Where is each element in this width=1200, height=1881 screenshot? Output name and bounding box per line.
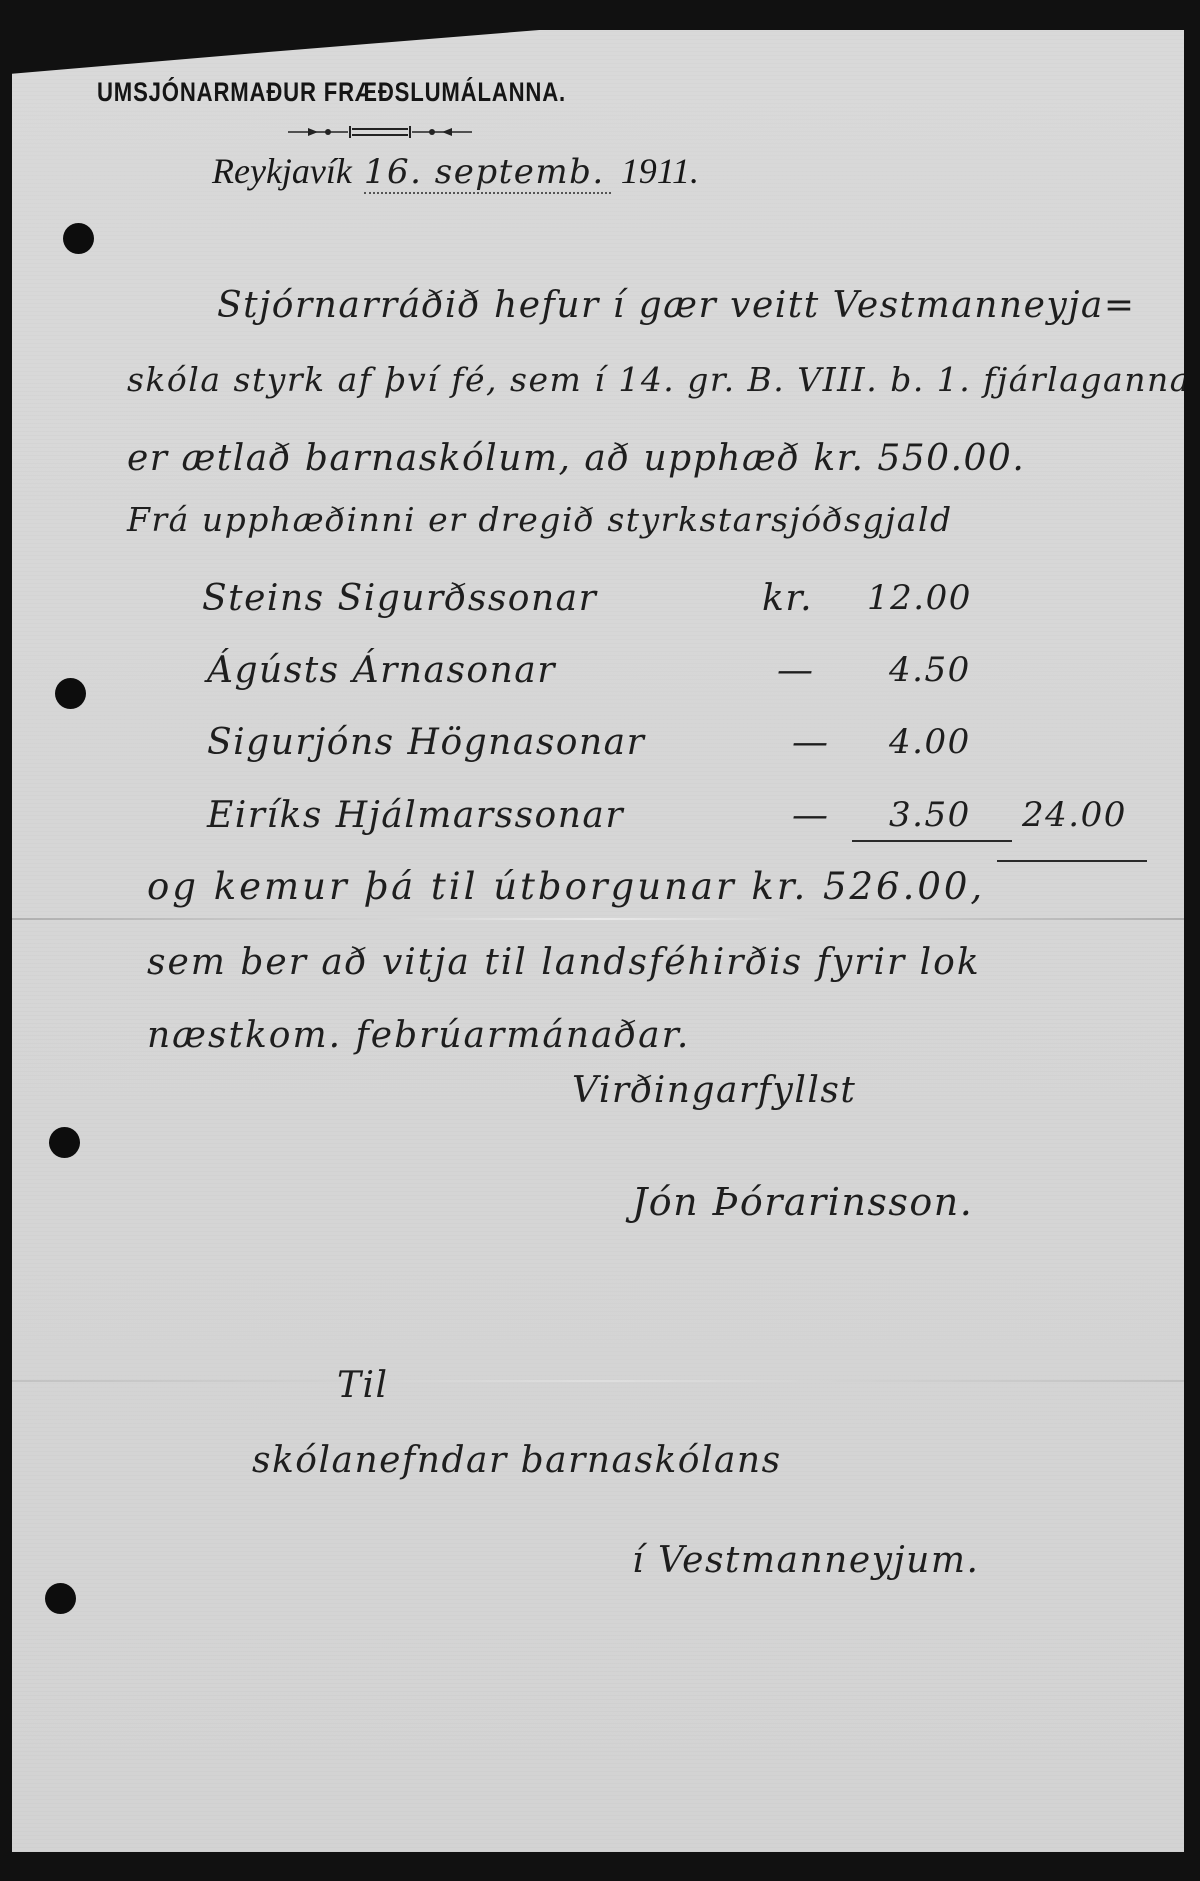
continuation-line: og kemur þá til útborgunar kr. 526.00,: [147, 865, 985, 908]
deduction-name: Eiríks Hjálmarssonar: [207, 795, 624, 836]
fold-line: [12, 918, 1184, 920]
date-place: Reykjavík: [212, 151, 352, 191]
addressee-location: í Vestmanneyjum.: [632, 1540, 979, 1581]
deduction-amount: 3.50: [889, 795, 971, 835]
body-line: Stjórnarráðið hefur í gær veitt Vestmann…: [217, 285, 1136, 326]
continuation-line: næstkom. febrúarmánaðar.: [147, 1015, 690, 1056]
deduction-name: Steins Sigurðssonar: [202, 578, 597, 619]
fold-line: [12, 1380, 1184, 1382]
deduction-prefix: kr.: [762, 578, 813, 619]
body-line: skóla styrk af því fé, sem í 14. gr. B. …: [127, 360, 1191, 399]
punch-hole: [45, 1583, 76, 1614]
deduction-prefix: —: [777, 650, 815, 691]
date-day-month: 16. septemb.: [364, 152, 611, 194]
body-line: er ætlað barnaskólum, að upphæð kr. 550.…: [127, 438, 1025, 479]
letterhead-title: UMSJÓNARMAÐUR FRÆÐSLUMÁLANNA.: [97, 77, 566, 108]
deduction-name: Sigurjóns Högnasonar: [207, 722, 645, 763]
deductions-total: 24.00: [1022, 795, 1127, 835]
deduction-amount: 4.00: [889, 722, 971, 762]
punch-hole: [55, 678, 86, 709]
deduction-amount: 12.00: [867, 578, 972, 618]
ornament-divider-icon: [288, 124, 472, 140]
punch-hole: [63, 223, 94, 254]
total-rule: [997, 860, 1147, 862]
deduction-prefix: —: [792, 795, 830, 836]
body-line: Frá upphæðinni er dregið styrkstarsjóðsg…: [127, 500, 953, 539]
deduction-prefix: —: [792, 722, 830, 763]
addressee-recipient: skólanefndar barnaskólans: [252, 1440, 782, 1481]
subtotal-rule: [852, 840, 1012, 842]
signature: Jón Þórarinsson.: [632, 1180, 973, 1224]
addressee-to: Til: [337, 1365, 389, 1406]
deduction-amount: 4.50: [889, 650, 971, 690]
punch-hole: [49, 1127, 80, 1158]
closing-salutation: Virðingarfyllst: [572, 1070, 856, 1111]
letter-page: UMSJÓNARMAÐUR FRÆÐSLUMÁLANNA. Reykjavík …: [12, 30, 1184, 1852]
date-year: 1911.: [621, 151, 699, 191]
deduction-name: Ágústs Árnasonar: [207, 650, 556, 691]
continuation-line: sem ber að vitja til landsféhirðis fyrir…: [147, 942, 981, 983]
dateline: Reykjavík 16. septemb. 1911.: [212, 150, 699, 192]
